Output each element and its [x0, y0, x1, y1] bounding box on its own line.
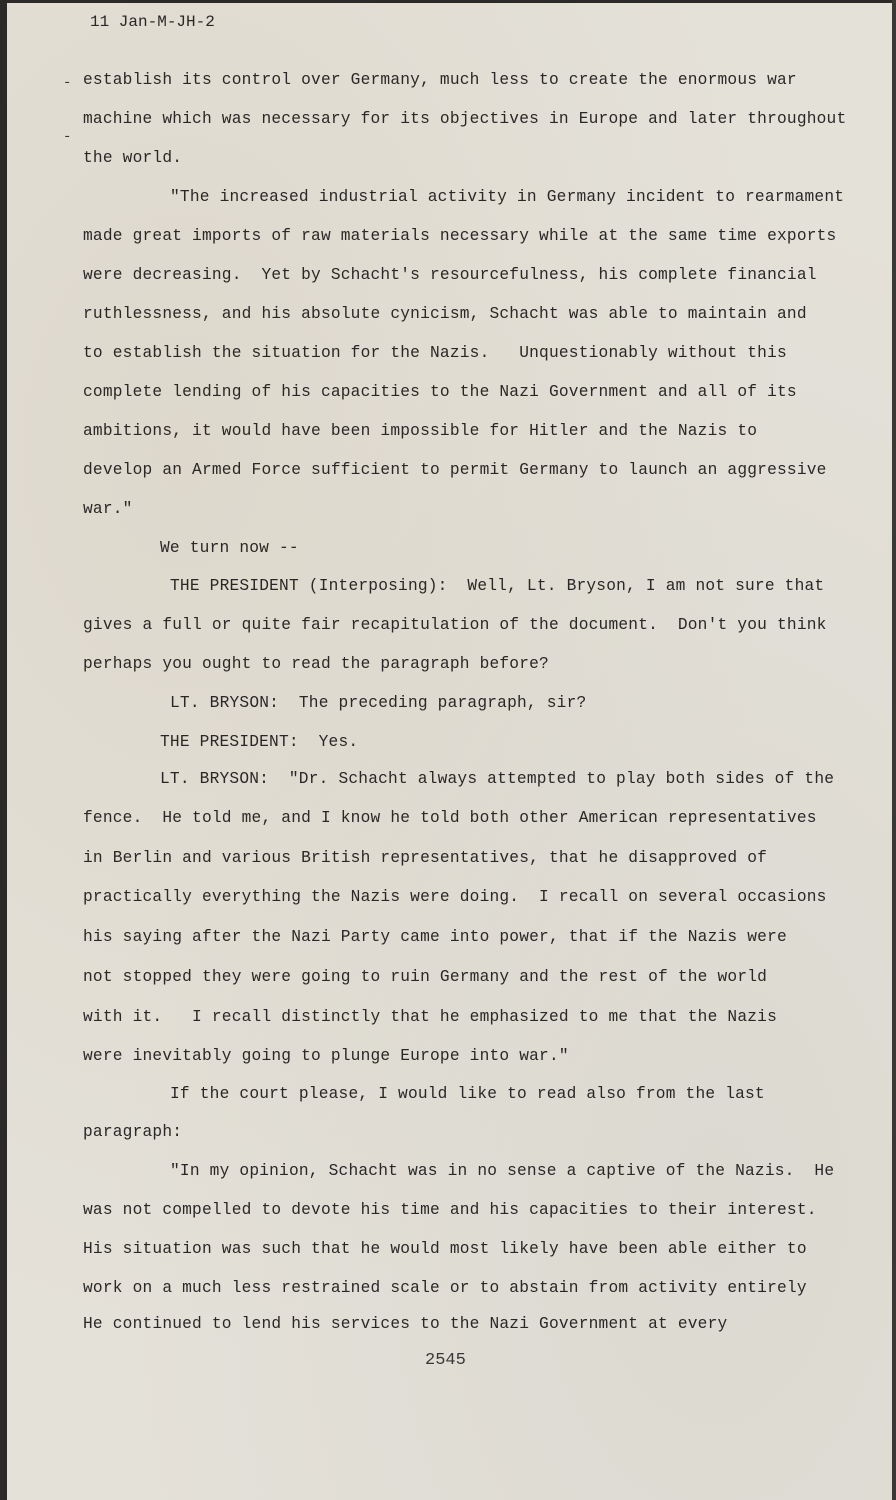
text-line: "The increased industrial activity in Ge… — [170, 188, 844, 206]
text-line: the world. — [83, 149, 182, 167]
text-line: LT. BRYSON: "Dr. Schacht always attempte… — [160, 770, 834, 788]
text-line: We turn now -- — [160, 539, 299, 557]
text-line: made great imports of raw materials nece… — [83, 227, 836, 245]
text-line: THE PRESIDENT (Interposing): Well, Lt. B… — [170, 577, 824, 595]
text-line: his saying after the Nazi Party came int… — [83, 928, 787, 946]
text-line: establish its control over Germany, much… — [83, 71, 797, 89]
text-line: complete lending of his capacities to th… — [83, 383, 797, 401]
text-line: machine which was necessary for its obje… — [83, 110, 846, 128]
text-line: not stopped they were going to ruin Germ… — [83, 968, 767, 986]
text-line: were inevitably going to plunge Europe i… — [83, 1047, 569, 1065]
text-line: He continued to lend his services to the… — [83, 1315, 727, 1333]
text-line: paragraph: — [83, 1123, 182, 1141]
text-line: war." — [83, 500, 133, 518]
scan-edge — [892, 0, 896, 1500]
text-line: practically everything the Nazis were do… — [83, 888, 827, 906]
text-line: THE PRESIDENT: Yes. — [160, 733, 358, 751]
text-line: perhaps you ought to read the paragraph … — [83, 655, 549, 673]
text-line: ambitions, it would have been impossible… — [83, 422, 757, 440]
text-line: develop an Armed Force sufficient to per… — [83, 461, 827, 479]
text-line: with it. I recall distinctly that he emp… — [83, 1008, 777, 1026]
text-line: "In my opinion, Schacht was in no sense … — [170, 1162, 834, 1180]
text-line: in Berlin and various British representa… — [83, 849, 767, 867]
text-line: ruthlessness, and his absolute cynicism,… — [83, 305, 807, 323]
text-line: His situation was such that he would mos… — [83, 1240, 807, 1258]
margin-mark: - — [63, 75, 71, 91]
text-line: gives a full or quite fair recapitulatio… — [83, 616, 827, 634]
text-line: fence. He told me, and I know he told bo… — [83, 809, 817, 827]
text-line: were decreasing. Yet by Schacht's resour… — [83, 266, 817, 284]
margin-mark: - — [63, 129, 71, 145]
text-line: work on a much less restrained scale or … — [83, 1279, 807, 1297]
text-line: LT. BRYSON: The preceding paragraph, sir… — [170, 694, 586, 712]
page-number: 2545 — [425, 1351, 466, 1370]
document-page: 11 Jan-M-JH-2 - - establish its control … — [7, 3, 892, 1500]
page-header: 11 Jan-M-JH-2 — [90, 13, 215, 31]
text-line: was not compelled to devote his time and… — [83, 1201, 817, 1219]
text-line: to establish the situation for the Nazis… — [83, 344, 787, 362]
text-line: If the court please, I would like to rea… — [170, 1085, 765, 1103]
